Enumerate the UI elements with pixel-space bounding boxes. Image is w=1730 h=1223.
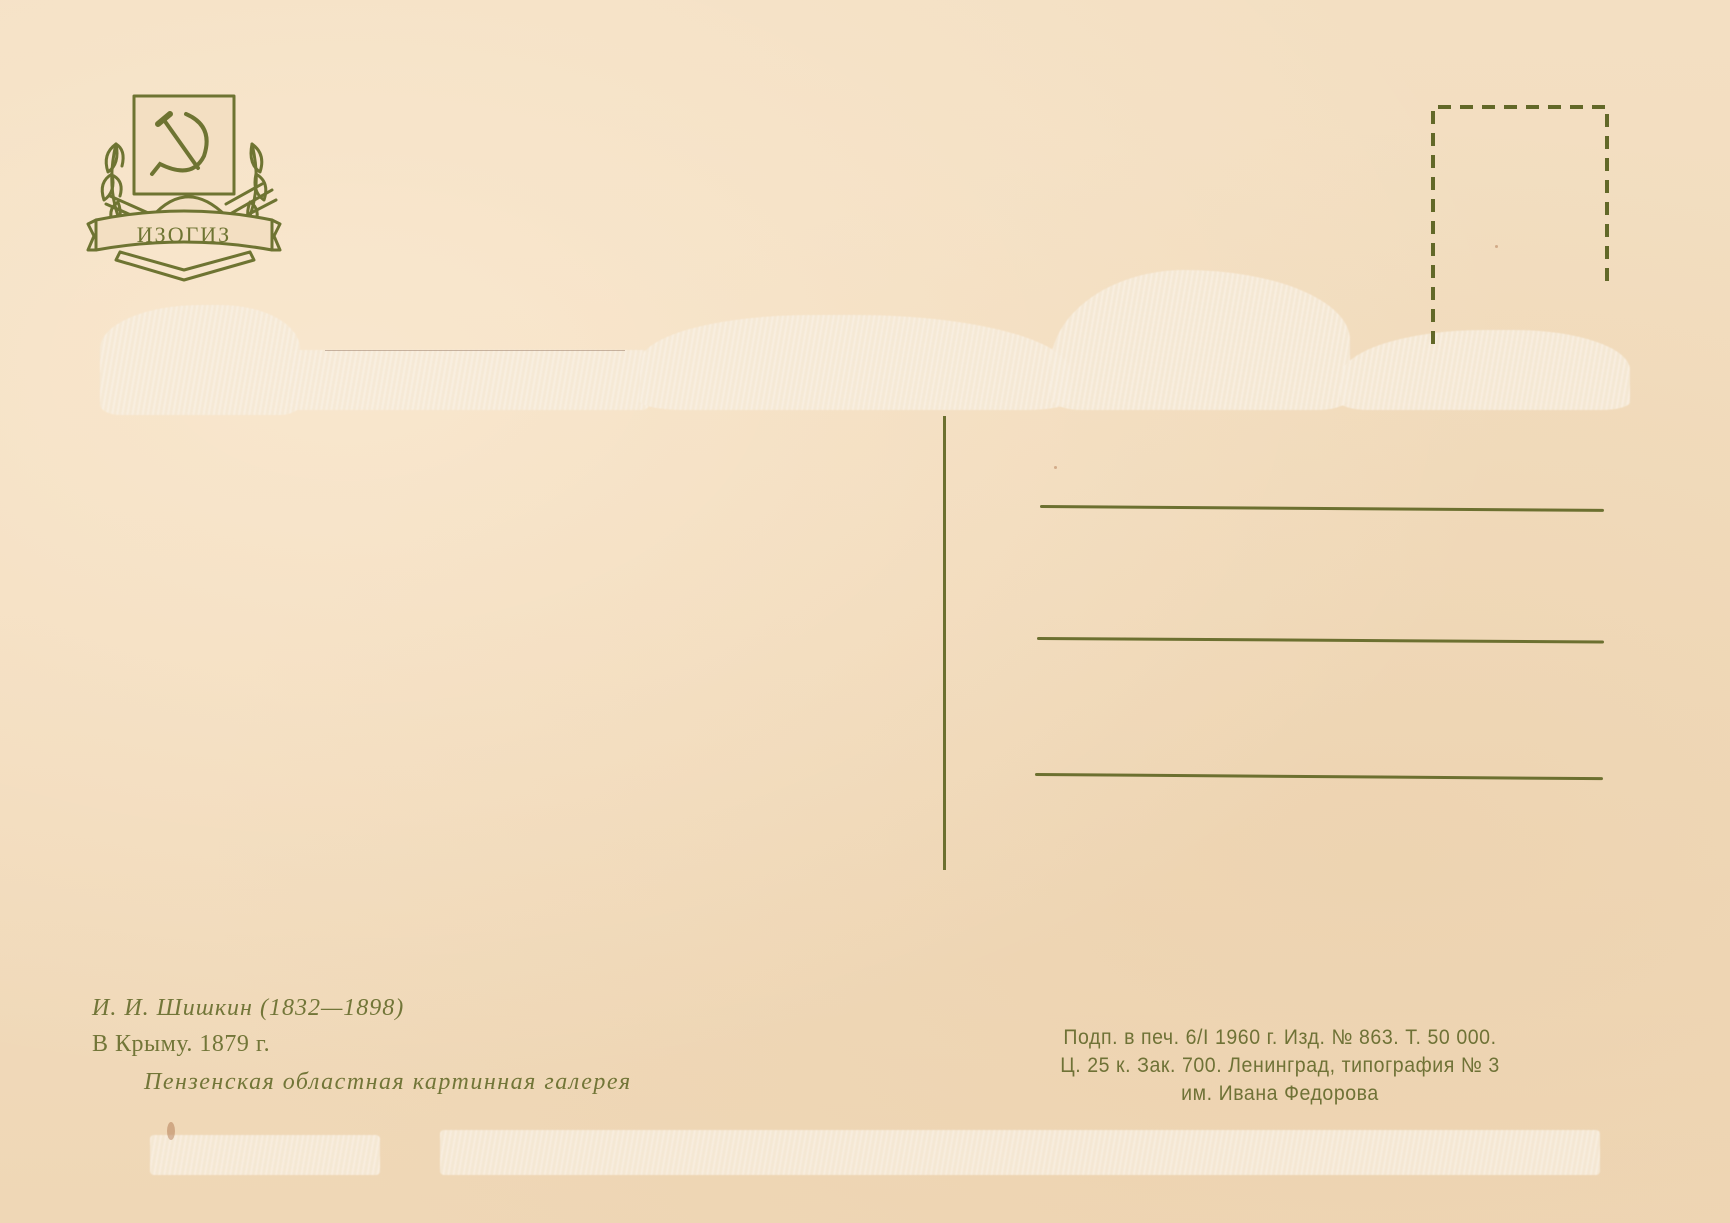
- address-line-3: [1035, 773, 1603, 780]
- izogiz-emblem-icon: ИЗОГИЗ: [86, 84, 282, 284]
- peeled-paper-patch: [100, 305, 300, 415]
- peeled-paper-patch: [640, 315, 1070, 410]
- artwork-caption: И. И. Шишкин (1832—1898) В Крыму. 1879 г…: [92, 990, 852, 1100]
- imprint-line-3: им. Ивана Федорова: [955, 1080, 1606, 1108]
- peeled-paper-patch: [440, 1130, 1600, 1175]
- address-line-2: [1037, 637, 1604, 643]
- gallery-name: Пензенская областная картинная галерея: [144, 1064, 852, 1100]
- imprint-line-1: Подп. в печ. 6/I 1960 г. Изд. № 863. Т. …: [955, 1024, 1606, 1052]
- artist-name: И. И. Шишкин (1832—1898): [92, 990, 852, 1026]
- paper-stain: [167, 1122, 175, 1140]
- printer-imprint: Подп. в печ. 6/I 1960 г. Изд. № 863. Т. …: [955, 1024, 1606, 1108]
- peeled-paper-patch: [1050, 270, 1350, 410]
- peeled-paper-patch: [150, 1135, 380, 1175]
- faint-rule: [325, 350, 625, 351]
- imprint-line-2: Ц. 25 к. Зак. 700. Ленинград, типография…: [955, 1052, 1606, 1080]
- stamp-placeholder-box: [1430, 104, 1610, 346]
- stamp-placeholder: [1430, 104, 1610, 346]
- logo-banner-text: ИЗОГИЗ: [137, 222, 231, 247]
- publisher-logo: ИЗОГИЗ: [86, 84, 282, 284]
- peeled-paper-patch: [290, 350, 650, 410]
- paper-speck: [1495, 245, 1498, 248]
- address-line-1: [1040, 505, 1604, 512]
- postcard-back: ИЗОГИЗ И. И. Шишкин (1832—1898) В Крыму.…: [0, 0, 1730, 1223]
- paper-speck: [1054, 466, 1057, 469]
- artwork-title: В Крыму. 1879 г.: [92, 1026, 852, 1062]
- message-address-divider: [943, 416, 946, 870]
